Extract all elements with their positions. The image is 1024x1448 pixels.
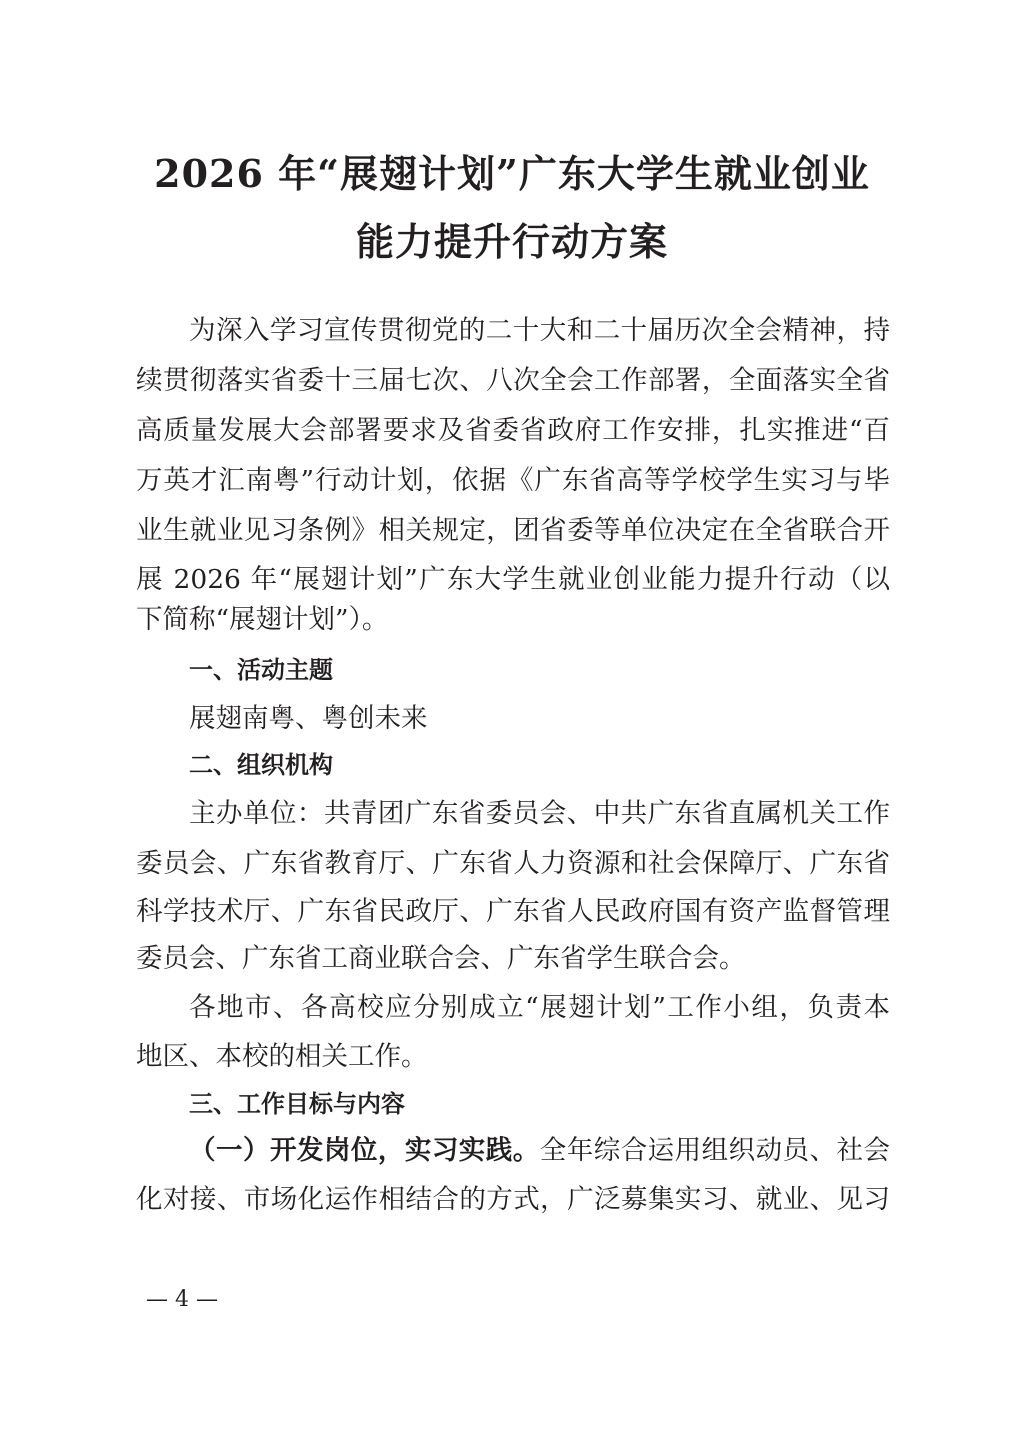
organizers-line: 科学技术厅、广东省民政厅、广东省人民政府国有资产监督管理: [136, 895, 890, 929]
working-group-line: 各地市、各高校应分别成立“展翅计划”工作小组，负责本: [189, 991, 890, 1025]
intro-paragraph-line: 高质量发展大会部署要求及省委省政府工作安排，扎实推进“百: [136, 414, 890, 448]
intro-paragraph-line: 下简称“展翅计划”）。: [136, 603, 890, 637]
goals-item-1-text: 全年综合运用组织动员、社会: [540, 1135, 890, 1166]
theme-text: 展翅南粤、粤创未来: [189, 702, 890, 736]
intro-paragraph-line: 展 2026 年“展翅计划”广东大学生就业创业能力提升行动（以: [136, 563, 890, 597]
section-heading-theme: 一、活动主题: [189, 653, 333, 687]
document-title-line-2: 能力提升行动方案: [0, 211, 1024, 266]
document-title-line-1: 2026 年“展翅计划”广东大学生就业创业: [0, 143, 1024, 198]
working-group-line: 地区、本校的相关工作。: [136, 1040, 890, 1074]
section-heading-goals: 三、工作目标与内容: [189, 1087, 405, 1121]
goals-item-1-line-2: 化对接、市场化运作相结合的方式，广泛募集实习、就业、见习: [136, 1183, 890, 1217]
document-page: 2026 年“展翅计划”广东大学生就业创业 能力提升行动方案 为深入学习宣传贯彻…: [0, 0, 1024, 1448]
intro-paragraph-line: 为深入学习宣传贯彻党的二十大和二十届历次全会精神，持: [189, 314, 890, 348]
intro-paragraph-line: 业生就业见习条例》相关规定，团省委等单位决定在全省联合开: [136, 514, 890, 548]
organizers-line: 委员会、广东省教育厅、广东省人力资源和社会保障厅、广东省: [136, 847, 890, 881]
goals-item-1-title: （一）开发岗位，实习实践。: [189, 1135, 540, 1166]
organizers-line: 主办单位：共青团广东省委员会、中共广东省直属机关工作: [189, 797, 890, 831]
intro-paragraph-line: 续贯彻落实省委十三届七次、八次全会工作部署，全面落实全省: [136, 364, 890, 398]
goals-item-1-line: （一）开发岗位，实习实践。全年综合运用组织动员、社会: [189, 1134, 890, 1168]
organizers-line: 委员会、广东省工商业联合会、广东省学生联合会。: [136, 942, 890, 976]
intro-paragraph-line: 万英才汇南粤”行动计划，依据《广东省高等学校学生实习与毕: [136, 464, 890, 498]
page-number: — 4 —: [146, 1285, 218, 1315]
section-heading-organization: 二、组织机构: [189, 748, 333, 782]
